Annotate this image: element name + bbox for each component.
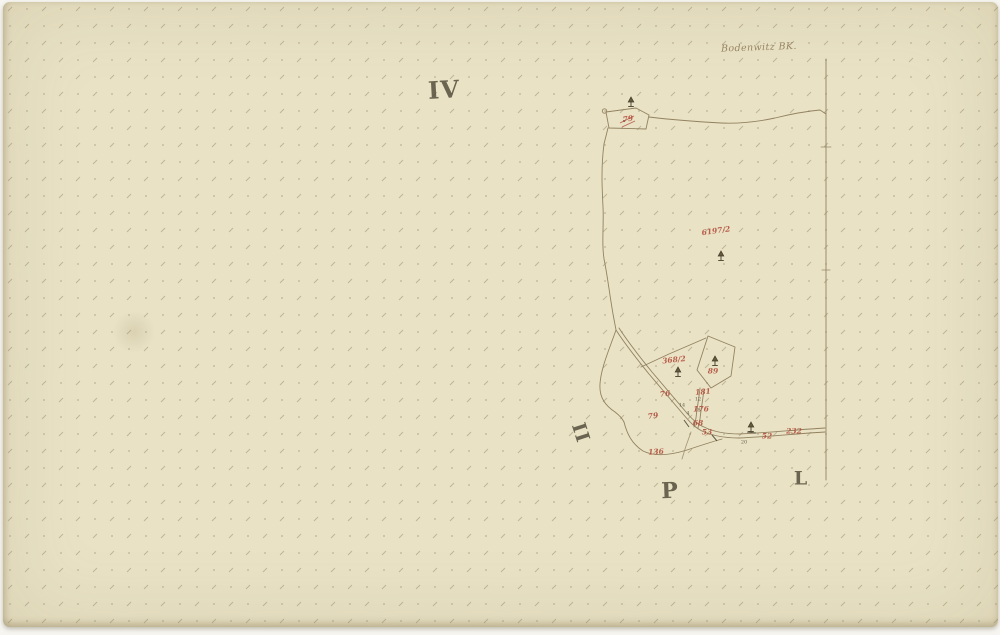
section-letter: II: [568, 421, 592, 446]
parcel-number: 181: [695, 388, 711, 397]
paper-sheet: IVIIPL796197/2368/2897618179176685313652…: [3, 2, 998, 627]
survey-mark: 12: [695, 398, 701, 403]
section-letter: P: [661, 480, 679, 503]
parcel-number: 232: [786, 427, 802, 435]
parcel-number: 52: [762, 432, 772, 440]
survey-mark: 20: [741, 441, 747, 446]
parcel-number: 68: [693, 419, 703, 427]
parcel-number: 176: [693, 405, 709, 413]
parcel-number: 76: [659, 390, 670, 398]
parcel-number: 89: [708, 367, 718, 375]
label-layer: IVIIPL796197/2368/2897618179176685313652…: [3, 2, 998, 627]
parcel-number: 53: [702, 428, 712, 436]
parcel-number: 79: [647, 412, 658, 421]
survey-mark: 14: [679, 404, 685, 409]
parcel-number: 136: [648, 448, 664, 457]
survey-mark: 8: [697, 409, 700, 414]
section-letter: L: [794, 470, 808, 489]
section-letter: IV: [427, 77, 460, 103]
survey-mark: 4: [686, 412, 689, 417]
parcel-number: 79: [622, 114, 634, 123]
parcel-number: 368/2: [662, 355, 686, 365]
parcel-number: 6197/2: [701, 225, 731, 236]
map-scan: IVIIPL796197/2368/2897618179176685313652…: [0, 0, 1000, 635]
